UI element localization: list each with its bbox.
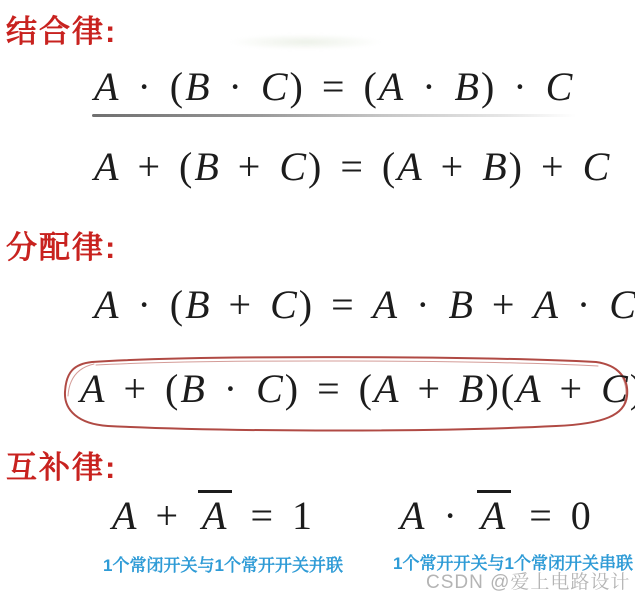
gray-underline (92, 114, 576, 117)
formula-distributive-and: A · (B + C) = A · B + A · C (94, 282, 635, 328)
boolean-algebra-notes: { "colors": { "heading_red": "#c8221f", … (0, 0, 635, 596)
heading-complementary-law: 互补律: (6, 442, 117, 487)
heading-associative-law: 结合律: (6, 6, 117, 51)
heading-distributive-law: 分配律: (6, 222, 117, 267)
caption-parallel-switches: 1个常闭开关与1个常开开关并联 (98, 551, 348, 576)
formula-complementary-and: A · A = 0 (400, 490, 593, 539)
csdn-watermark: CSDN @爱上电路设计 (426, 567, 630, 594)
formula-associative-or: A + (B + C) = (A + B) + C (94, 144, 611, 190)
erased-smudge (228, 34, 383, 50)
formula-complementary-or: A + A = 1 (112, 490, 314, 539)
formula-distributive-or-circled: A + (B · C) = (A + B)(A + C) (80, 366, 635, 412)
formula-associative-and: A · (B · C) = (A · B) · C (94, 64, 574, 110)
